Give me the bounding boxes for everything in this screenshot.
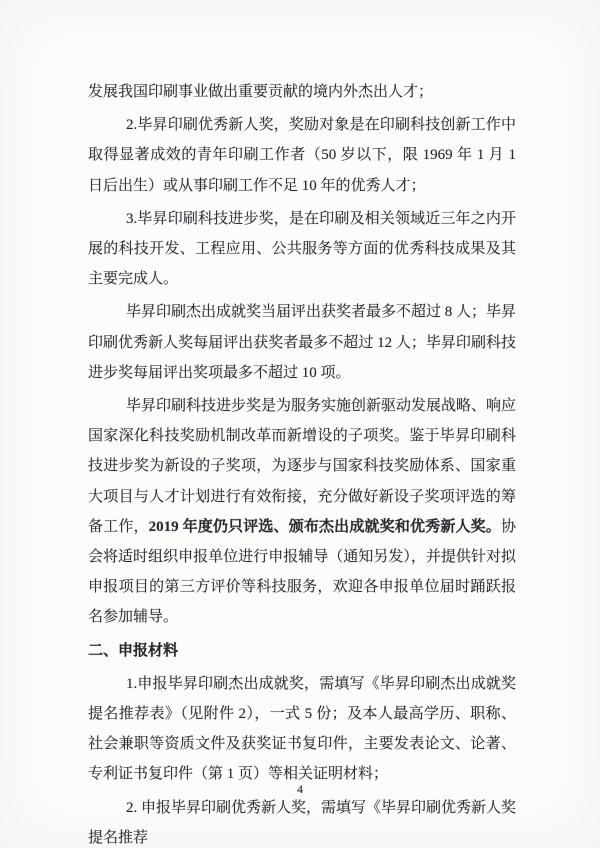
paragraph-award-background: 毕昇印刷科技进步奖是为服务实施创新驱动发展战略、响应国家深化科技奖励机制改革而新… bbox=[88, 391, 516, 633]
document-page: 发展我国印刷事业做出重要贡献的境内外杰出人才； 2.毕昇印刷优秀新人奖，奖励对象… bbox=[0, 0, 600, 848]
paragraph-award-background-normal: 毕昇印刷科技进步奖是为服务实施创新驱动发展战略、响应国家深化科技奖励机制改革而新… bbox=[88, 398, 516, 535]
paragraph-continuation: 发展我国印刷事业做出重要贡献的境内外杰出人才； bbox=[88, 77, 516, 107]
paragraph-material-item-1: 1.申报毕昇印刷杰出成就奖，需填写《毕昇印刷杰出成就奖提名推荐表》（见附件 2）… bbox=[88, 669, 516, 790]
document-body-text: 发展我国印刷事业做出重要贡献的境内外杰出人才； 2.毕昇印刷优秀新人奖，奖励对象… bbox=[88, 77, 516, 848]
paragraph-sci-progress-award: 3.毕昇印刷科技进步奖，是在印刷及相关领域近三年之内开展的科技开发、工程应用、公… bbox=[88, 204, 516, 295]
paragraph-new-talent-award: 2.毕昇印刷优秀新人奖，奖励对象是在印刷科技创新工作中取得显著成效的青年印刷工作… bbox=[88, 110, 516, 201]
paragraph-material-item-2: 2. 申报毕昇印刷优秀新人奖，需填写《毕昇印刷优秀新人奖提名推荐 bbox=[88, 793, 516, 848]
paragraph-award-quota: 毕昇印刷杰出成就奖当届评出获奖者最多不超过 8 人；毕昇印刷优秀新人奖每届评出获… bbox=[88, 297, 516, 388]
page-number: 4 bbox=[0, 782, 600, 797]
section-heading-application-materials: 二、申报材料 bbox=[88, 636, 516, 666]
paragraph-award-background-emphasis: 2019 年度仍只评选、颁布杰出成就奖和优秀新人奖。 bbox=[149, 519, 501, 535]
